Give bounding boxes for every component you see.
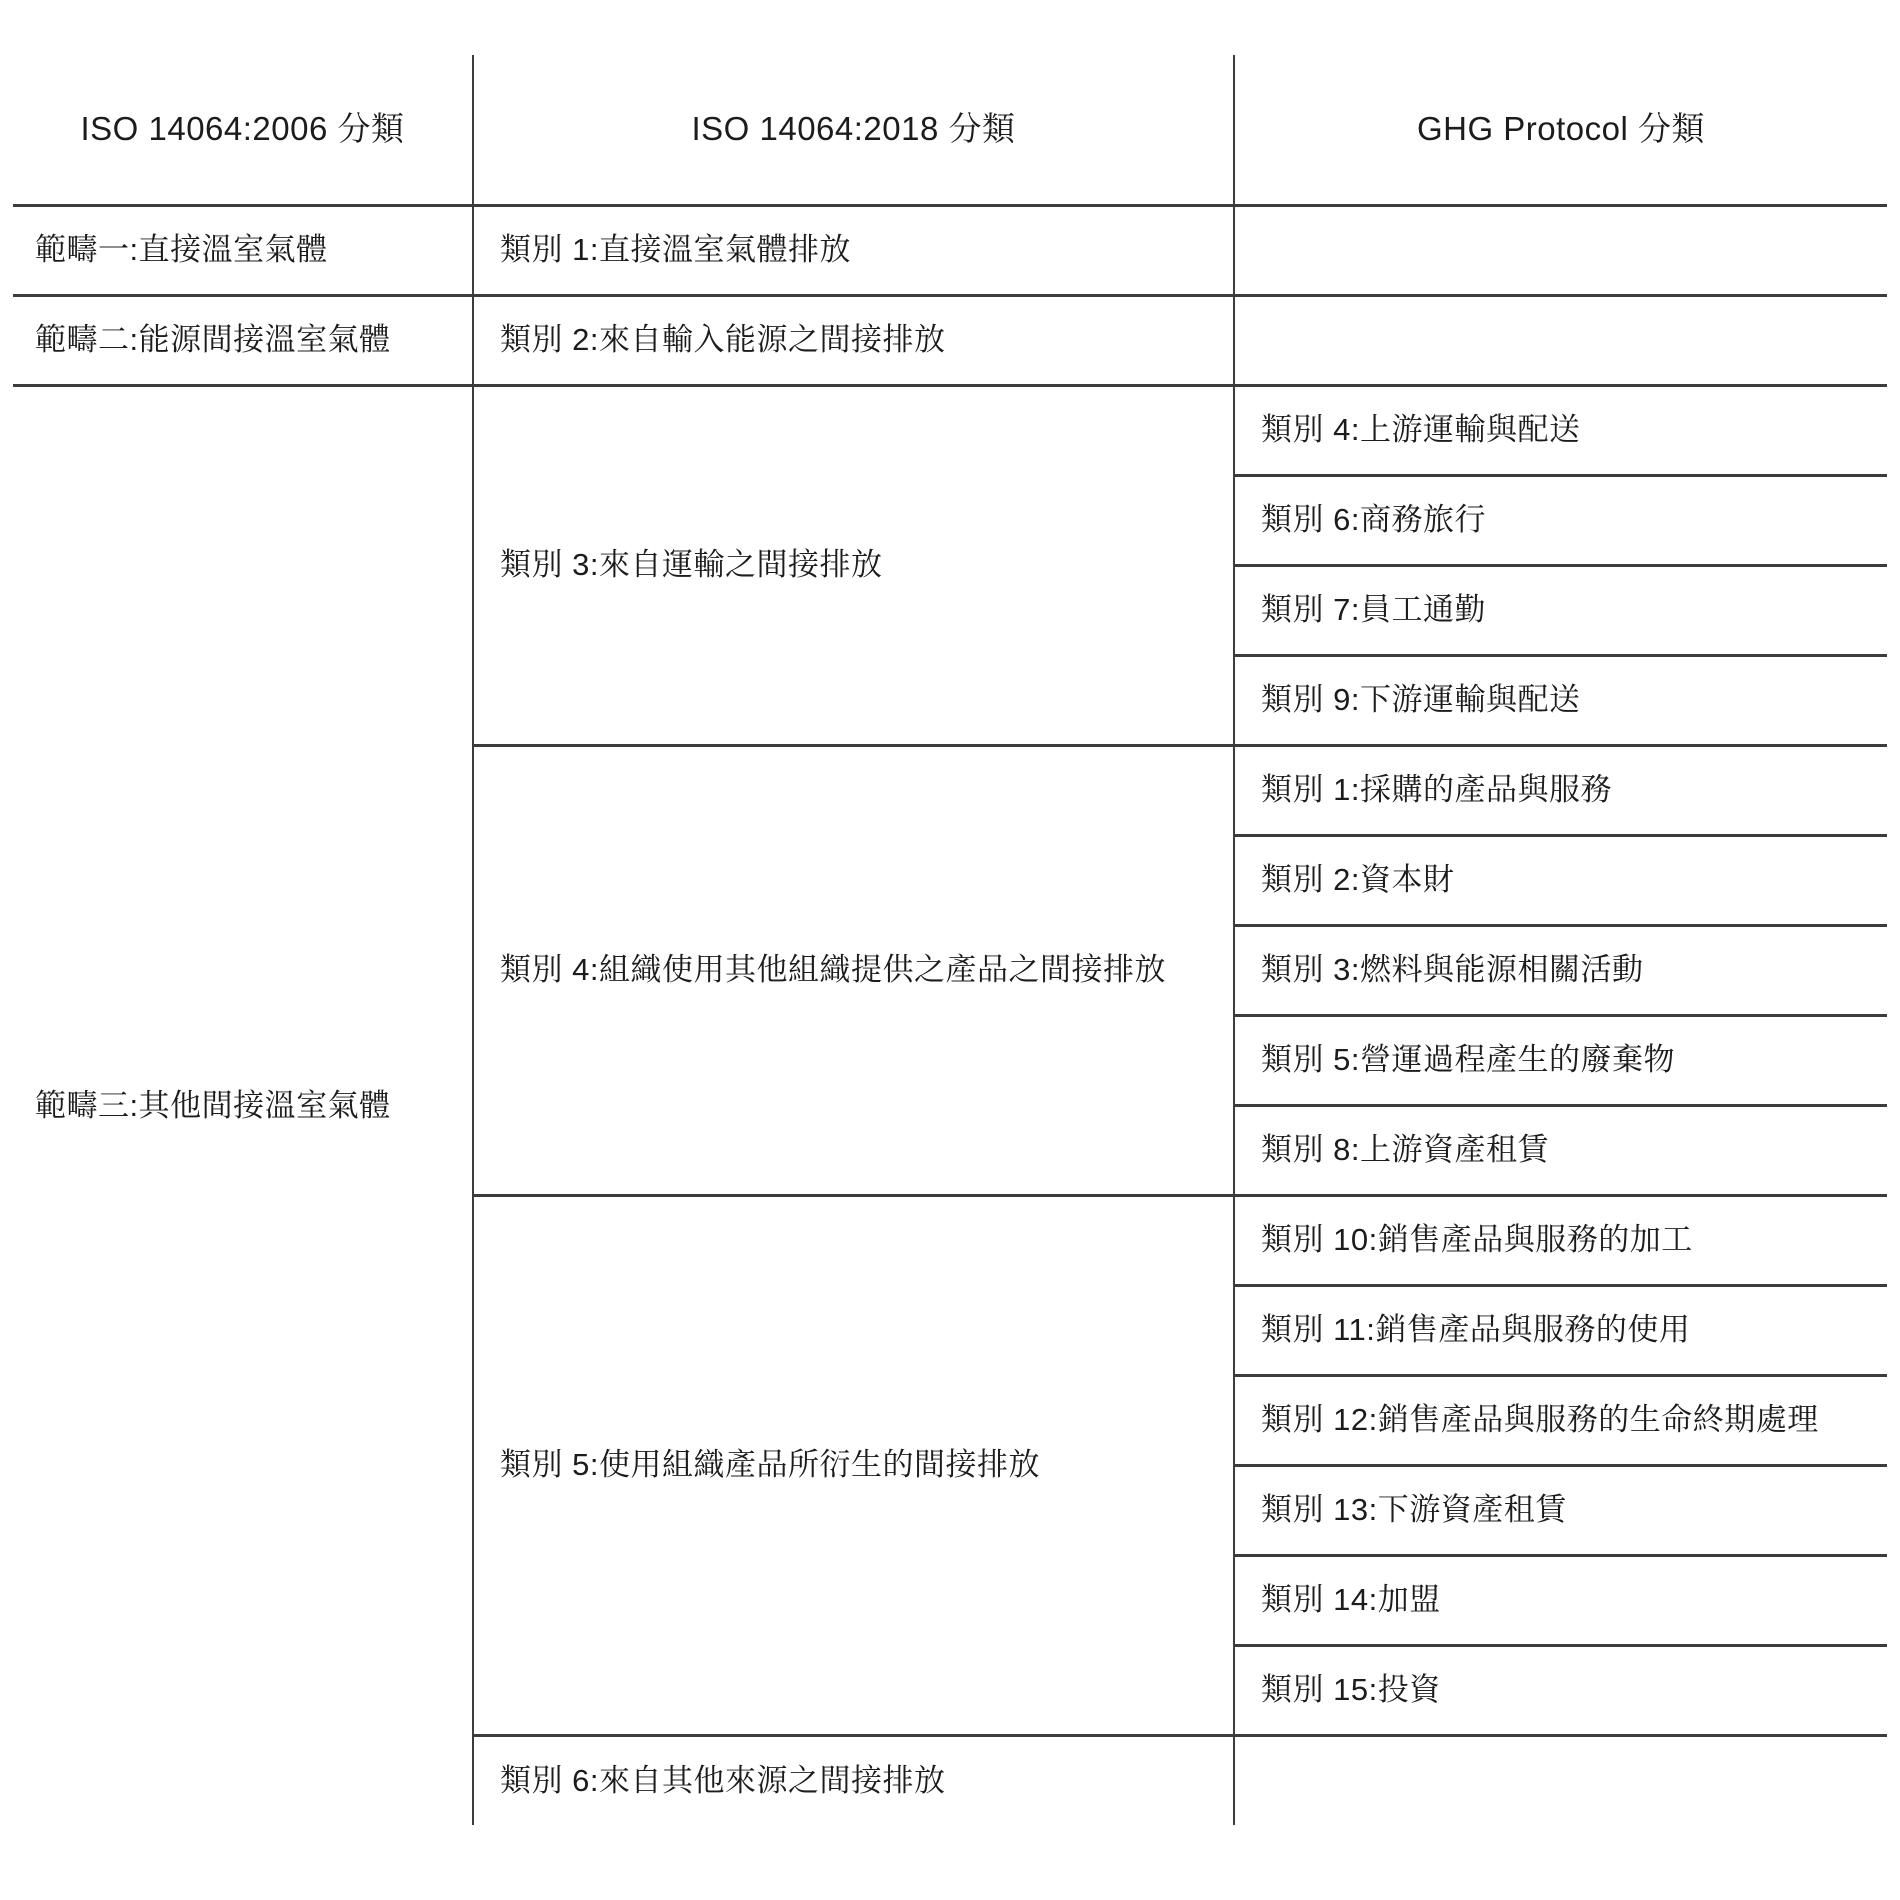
comparison-table-container: ISO 14064:2006 分類 ISO 14064:2018 分類 GHG … (13, 55, 1887, 1825)
cell-scope-1-2006: 範疇一:直接溫室氣體 (13, 205, 473, 295)
cell-scope-3-2006: 範疇三:其他間接溫室氣體 (13, 385, 473, 1825)
cell-ghg-category-7: 類別 7:員工通勤 (1234, 565, 1887, 655)
cell-ghg-category-4: 類別 4:上游運輸與配送 (1234, 385, 1887, 475)
cell-scope-2-2006: 範疇二:能源間接溫室氣體 (13, 295, 473, 385)
cell-ghg-category-10: 類別 10:銷售產品與服務的加工 (1234, 1195, 1887, 1285)
header-iso-2018: ISO 14064:2018 分類 (473, 55, 1234, 205)
cell-ghg-category-1: 類別 1:採購的產品與服務 (1234, 745, 1887, 835)
cell-ghg-category-5: 類別 5:營運過程產生的廢棄物 (1234, 1015, 1887, 1105)
cell-empty-ghg-category-6 (1234, 1735, 1887, 1825)
cell-category-2-2018: 類別 2:來自輸入能源之間接排放 (473, 295, 1234, 385)
cell-ghg-category-8: 類別 8:上游資產租賃 (1234, 1105, 1887, 1195)
header-iso-2006: ISO 14064:2006 分類 (13, 55, 473, 205)
cell-ghg-category-6: 類別 6:商務旅行 (1234, 475, 1887, 565)
cell-ghg-category-15: 類別 15:投資 (1234, 1645, 1887, 1735)
cell-ghg-category-2: 類別 2:資本財 (1234, 835, 1887, 925)
cell-ghg-category-9: 類別 9:下游運輸與配送 (1234, 655, 1887, 745)
cell-ghg-category-12: 類別 12:銷售產品與服務的生命終期處理 (1234, 1375, 1887, 1465)
cell-ghg-category-11: 類別 11:銷售產品與服務的使用 (1234, 1285, 1887, 1375)
cell-empty-ghg-scope1 (1234, 205, 1887, 295)
cell-empty-ghg-scope2 (1234, 295, 1887, 385)
table-row: 範疇三:其他間接溫室氣體 類別 3:來自運輸之間接排放 類別 4:上游運輸與配送 (13, 385, 1887, 475)
cell-category-5-2018: 類別 5:使用組織產品所衍生的間接排放 (473, 1195, 1234, 1735)
cell-category-4-2018: 類別 4:組織使用其他組織提供之產品之間接排放 (473, 745, 1234, 1195)
cell-ghg-category-3: 類別 3:燃料與能源相關活動 (1234, 925, 1887, 1015)
table-row: 範疇二:能源間接溫室氣體 類別 2:來自輸入能源之間接排放 (13, 295, 1887, 385)
comparison-table: ISO 14064:2006 分類 ISO 14064:2018 分類 GHG … (13, 55, 1887, 1825)
header-ghg-protocol: GHG Protocol 分類 (1234, 55, 1887, 205)
table-row: 範疇一:直接溫室氣體 類別 1:直接溫室氣體排放 (13, 205, 1887, 295)
cell-ghg-category-13: 類別 13:下游資產租賃 (1234, 1465, 1887, 1555)
cell-ghg-category-14: 類別 14:加盟 (1234, 1555, 1887, 1645)
cell-category-1-2018: 類別 1:直接溫室氣體排放 (473, 205, 1234, 295)
header-row: ISO 14064:2006 分類 ISO 14064:2018 分類 GHG … (13, 55, 1887, 205)
cell-category-3-2018: 類別 3:來自運輸之間接排放 (473, 385, 1234, 745)
cell-category-6-2018: 類別 6:來自其他來源之間接排放 (473, 1735, 1234, 1825)
